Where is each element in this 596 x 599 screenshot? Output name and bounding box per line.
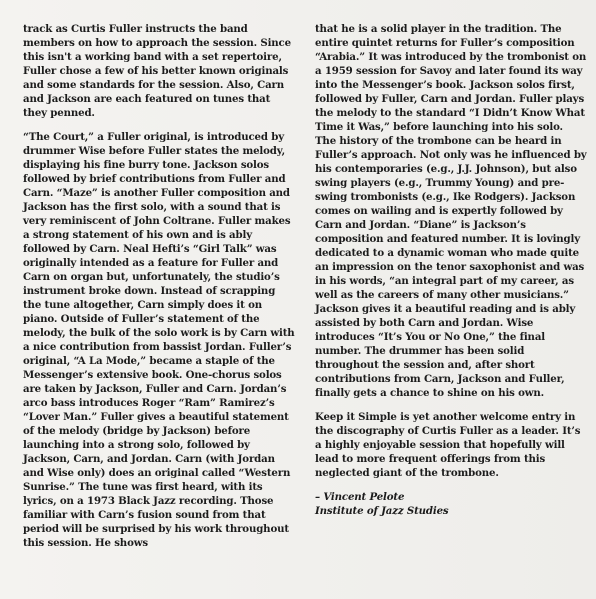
right-column: that he is a solid player in the traditi… — [315, 22, 587, 518]
liner-notes-page: track as Curtis Fuller instructs the ban… — [0, 0, 596, 599]
signature-author: – Vincent Pelote — [315, 490, 587, 504]
paragraph-track-review: “The Court,” a Fuller original, is intro… — [23, 130, 295, 550]
signature-affiliation: Institute of Jazz Studies — [315, 504, 587, 518]
paragraph-track-review-continued: that he is a solid player in the traditi… — [315, 22, 587, 400]
paragraph-intro: track as Curtis Fuller instructs the ban… — [23, 22, 295, 120]
album-title: Keep it Simple — [315, 411, 397, 423]
paragraph-closing: Keep it Simple is yet another welcome en… — [315, 410, 587, 480]
left-column: track as Curtis Fuller instructs the ban… — [23, 22, 295, 560]
